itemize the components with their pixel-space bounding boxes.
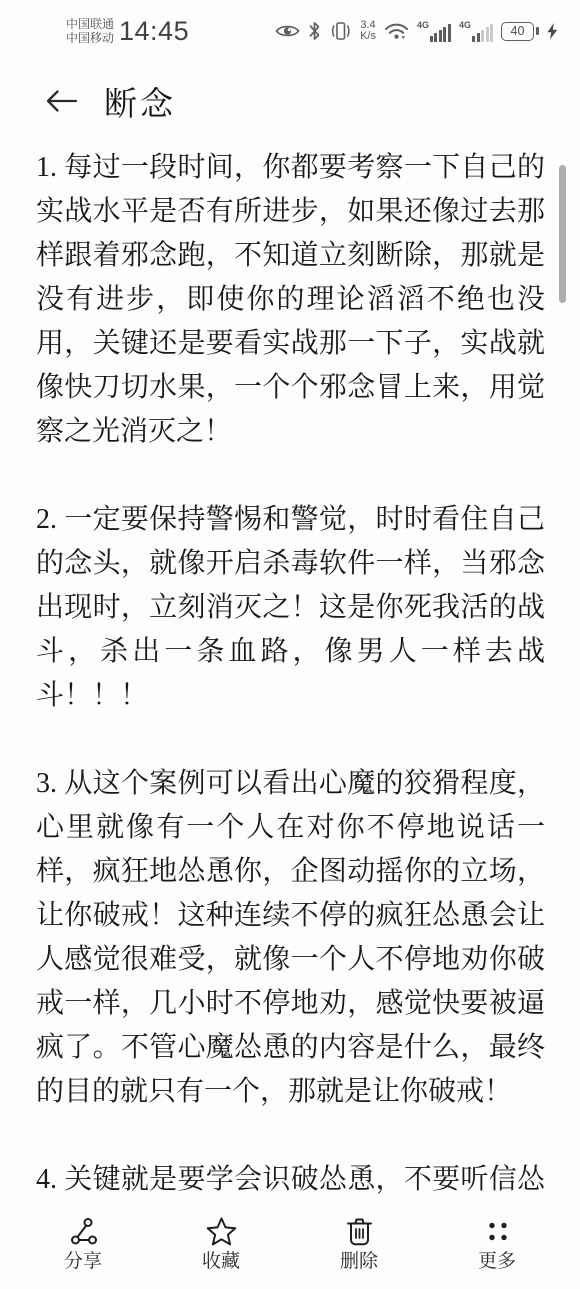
share-button[interactable]: 分享 [14,1209,152,1289]
share-icon [68,1216,99,1247]
signal-primary-icon: 4G [417,20,451,42]
note-paragraph-4: 4. 关键就是要学会识破怂恿，不要听信怂恿，必须坚定自己的戒色立场，并且立刻断 [36,1158,545,1204]
note-content[interactable]: 1. 每过一段时间，你都要考察一下自己的实战水平是否有所进步，如果还像过去那样跟… [36,146,545,1204]
wifi-icon [384,22,409,41]
battery-level: 40 [501,22,534,41]
status-bar: 中国联通 中国移动 14:45 3.4 K/s [0,0,580,56]
signal-secondary-bars [472,23,493,42]
page-title: 断念 [104,78,176,125]
favorite-label: 收藏 [202,1251,240,1273]
trash-icon [344,1216,375,1247]
status-icon-group: 3.4 K/s 4G 4G 40 [275,20,558,42]
note-paragraph-1: 1. 每过一段时间，你都要考察一下自己的实战水平是否有所进步，如果还像过去那样跟… [36,146,545,454]
signal-primary-label: 4G [417,21,429,30]
carrier-labels: 中国联通 中国移动 [66,17,114,45]
bottom-toolbar: 分享 收藏 删除 更多 [0,1209,580,1289]
back-button[interactable] [44,87,78,115]
more-icon [482,1216,513,1247]
note-app-screen: 中国联通 中国移动 14:45 3.4 K/s [0,0,580,1289]
eye-comfort-icon [275,23,300,39]
vibrate-icon [329,21,352,41]
star-icon [206,1216,237,1247]
note-paragraph-3: 3. 从这个案例可以看出心魔的狡猾程度，心里就像有一个人在对你不停地说话一样，疯… [36,762,545,1114]
note-paragraph-2: 2. 一定要保持警惕和警觉，时时看住自己的念头，就像开启杀毒软件一样，当邪念出现… [36,498,545,718]
carrier-line2: 中国移动 [66,31,114,45]
delete-label: 删除 [340,1251,378,1273]
signal-secondary-label: 4G [459,21,471,30]
network-speed: 3.4 K/s [360,20,376,42]
signal-primary-bars [430,23,451,42]
scrollbar-thumb[interactable] [559,165,566,303]
signal-secondary-icon: 4G [459,20,493,42]
battery-icon: 40 [501,22,539,41]
bluetooth-icon [308,21,321,41]
favorite-button[interactable]: 收藏 [152,1209,290,1289]
clock: 14:45 [119,16,189,47]
more-label: 更多 [478,1251,516,1273]
network-speed-unit: K/s [360,31,376,42]
more-button[interactable]: 更多 [428,1209,566,1289]
note-header: 断念 [0,72,580,130]
delete-button[interactable]: 删除 [290,1209,428,1289]
share-label: 分享 [64,1251,102,1273]
battery-nub [536,27,539,35]
charging-bolt-icon [547,23,558,40]
carrier-line1: 中国联通 [66,17,114,31]
